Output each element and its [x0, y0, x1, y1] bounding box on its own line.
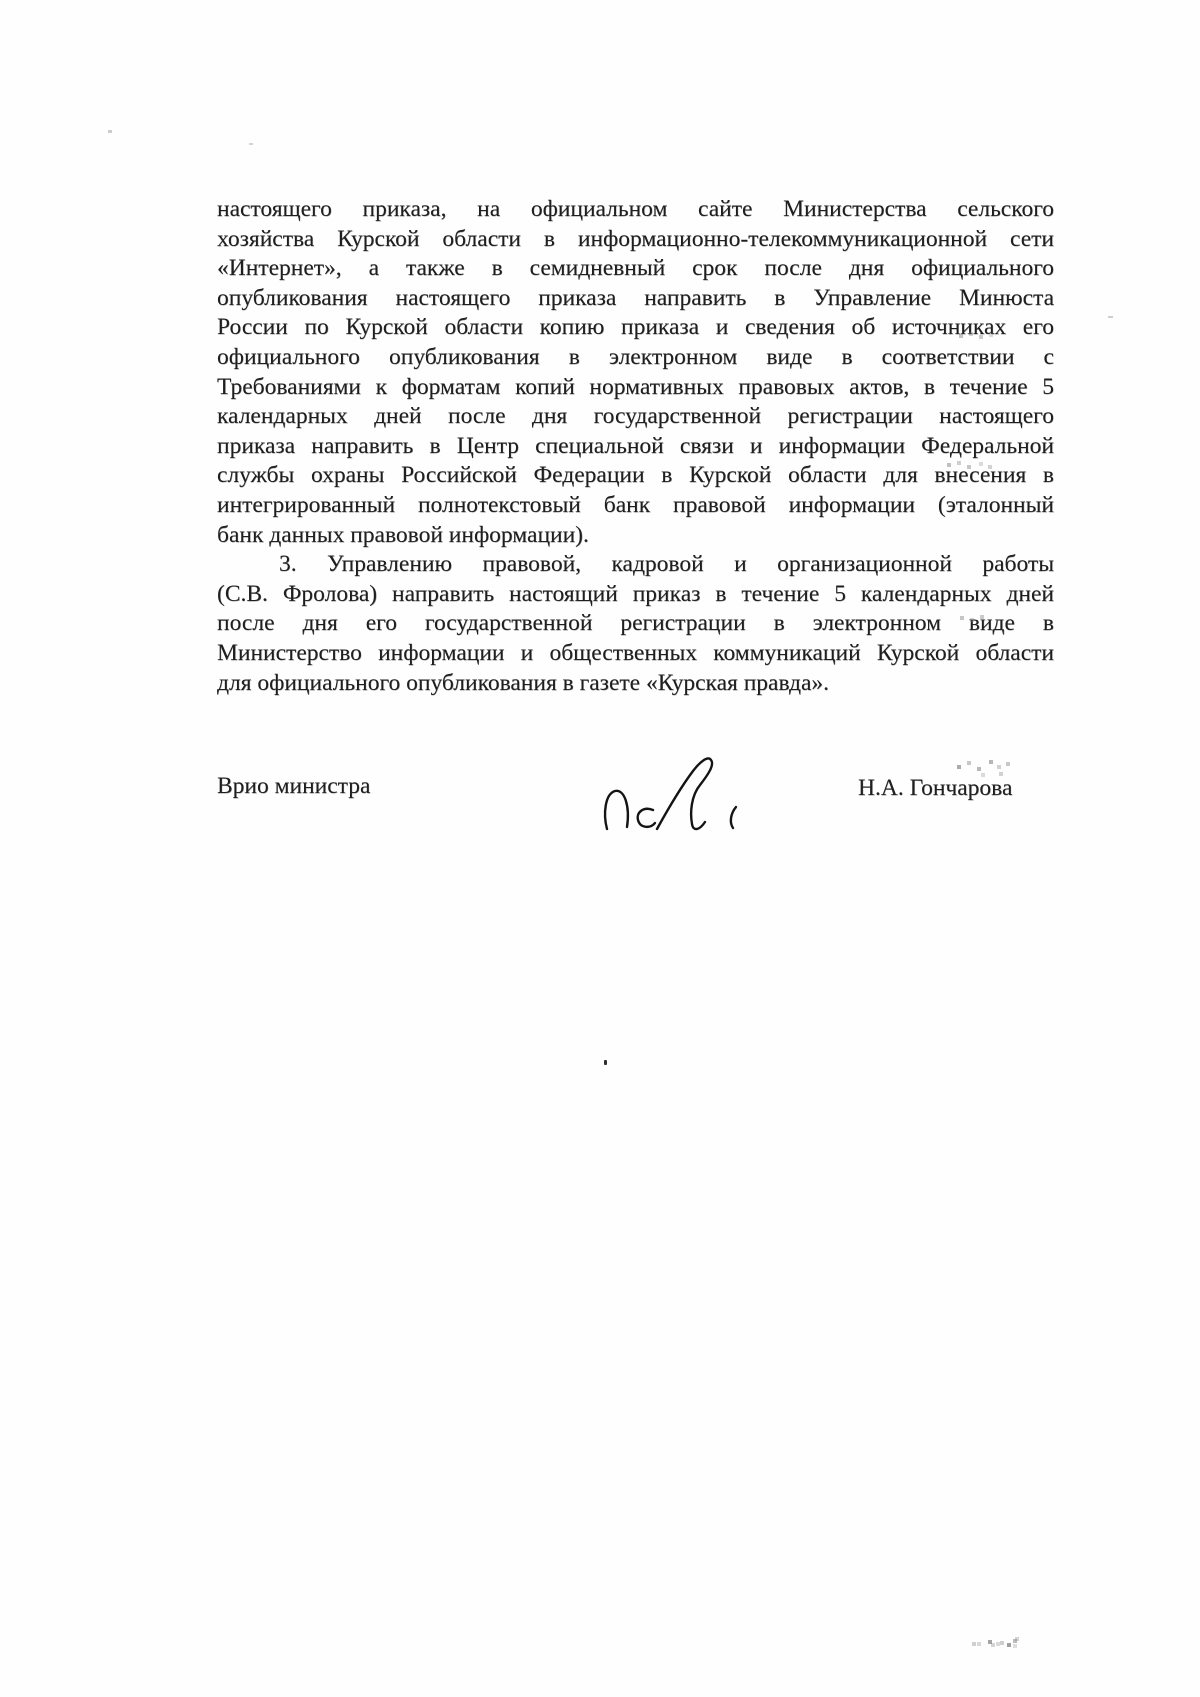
text-line: службы охраны Российской Федерации в Кур… [217, 461, 1054, 491]
text-line: интегрированный полнотекстовый банк прав… [217, 491, 1054, 521]
text-line: Требованиями к форматам копий нормативны… [217, 373, 1054, 403]
scan-artifact-speck [1108, 316, 1113, 318]
text-line: настоящего приказа, на официальном сайте… [217, 195, 1054, 225]
text-line: после дня его государственной регистраци… [217, 609, 1054, 639]
text-line: календарных дней после дня государственн… [217, 402, 1054, 432]
text-line: опубликования настоящего приказа направи… [217, 284, 1054, 314]
scan-artifact-smudge [973, 1640, 975, 1642]
signer-name: Н.А. Гончарова [858, 774, 1012, 804]
text-line: официального опубликования в электронном… [217, 343, 1054, 373]
text-line-item-3: 3. Управлению правовой, кадровой и орган… [217, 550, 1054, 580]
scanned-document-page: настоящего приказа, на официальном сайте… [0, 0, 1200, 1697]
text-line: «Интернет», а также в семидневный срок п… [217, 254, 1054, 284]
scan-artifact-smudge [952, 760, 954, 762]
signer-position-title: Врио министра [217, 772, 370, 802]
order-body-text: настоящего приказа, на официальном сайте… [217, 195, 1054, 698]
scan-artifact-smudge [958, 616, 960, 618]
scan-artifact-smudge [945, 462, 947, 464]
handwritten-signature-icon [540, 730, 760, 850]
text-line: хозяйства Курской области в информационн… [217, 225, 1054, 255]
text-line: приказа направить в Центр специальной св… [217, 432, 1054, 462]
scan-artifact-dot [604, 1060, 607, 1065]
text-line: банк данных правовой информации). [217, 521, 1054, 551]
text-line: для официального опубликования в газете … [217, 669, 1054, 699]
scan-artifact-smudge [956, 333, 958, 335]
text-line: Министерство информации и общественных к… [217, 639, 1054, 669]
scan-artifact-speck [249, 143, 253, 145]
text-line: России по Курской области копию приказа … [217, 313, 1054, 343]
scan-artifact-speck [108, 130, 112, 133]
text-line: (С.В. Фролова) направить настоящий прика… [217, 580, 1054, 610]
